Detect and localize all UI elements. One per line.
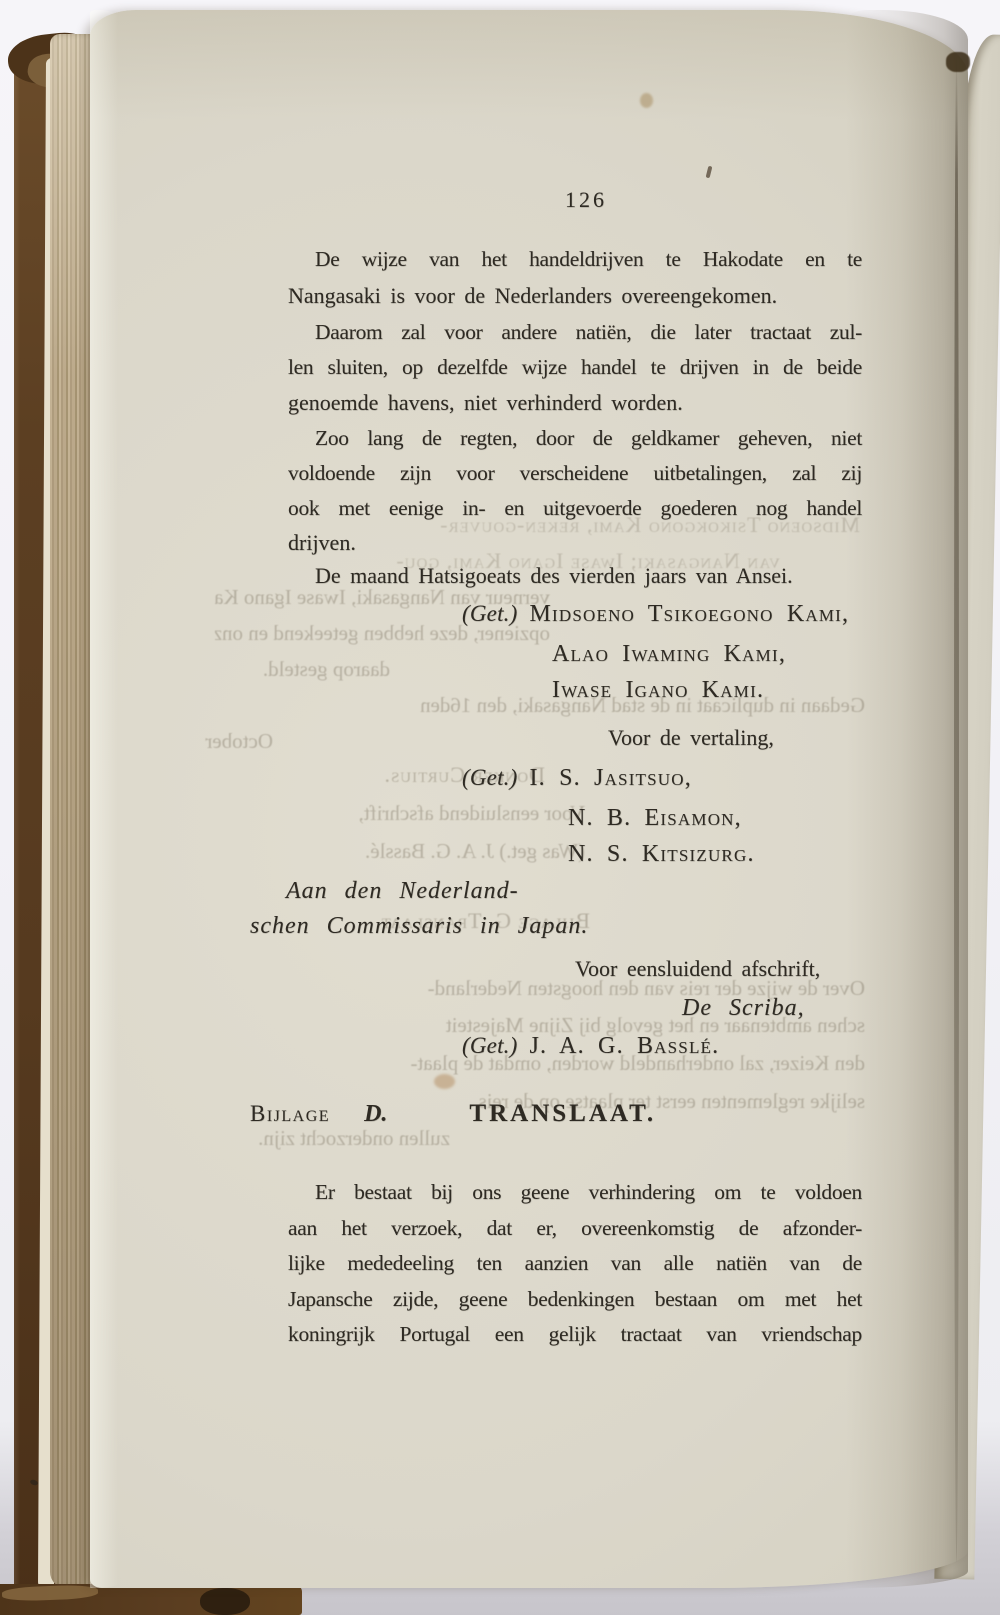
- attachment-letter: D.: [364, 1101, 387, 1127]
- signature-line: Alao Iwaming Kami,: [552, 638, 786, 670]
- body-line: genoemde havens, niet verhinderd worden.: [288, 387, 683, 419]
- signatory-name: Alao Iwaming Kami,: [552, 641, 786, 667]
- signature-line: N. S. Kitsizurg.: [568, 838, 755, 870]
- book-photo: { "document": { "page_number": "126", "l…: [0, 0, 1000, 1615]
- signatory-name: J. A. G. Basslé.: [529, 1033, 719, 1059]
- signatory-name: N. S. Kitsizurg.: [568, 841, 755, 867]
- signature-line: (Get.)I. S. Jasitsuo,: [462, 762, 692, 794]
- signature-line: N. B. Eisamon,: [568, 802, 742, 834]
- signature-line: (Get.)Midsoeno Tsikoegono Kami,: [462, 598, 849, 630]
- translation-title: TRANSLAAT.: [469, 1100, 656, 1127]
- body-line: lijke mededeeling ten aanzien van alle n…: [288, 1247, 862, 1279]
- foxing-stain: [434, 1074, 455, 1089]
- signatory-name: I. S. Jasitsuo,: [529, 765, 691, 791]
- body-line: len sluiten, op dezelfde wijze handel te…: [288, 351, 862, 383]
- signatory-name: Iwase Igano Kami.: [552, 677, 764, 703]
- scribe-title-line: De Scriba,: [682, 992, 805, 1024]
- body-line: ook met eenige in- en uitgevoerde goeder…: [288, 492, 862, 524]
- signatory-name: Midsoeno Tsikoegono Kami,: [529, 601, 849, 627]
- attachment-heading: BijlageD.TRANSLAAT.: [250, 1098, 656, 1133]
- signatory-name: N. B. Eisamon,: [568, 805, 742, 831]
- signature-line: Iwase Igano Kami.: [552, 674, 764, 706]
- body-line: Daarom zal voor andere natiën, die later…: [315, 316, 862, 348]
- addressee-line: Aan den Nederland-: [286, 875, 519, 907]
- body-line: voldoende zijn voor verscheidene uitbeta…: [288, 457, 862, 489]
- body-line: koningrijk Portugal een gelijk tractaat …: [288, 1318, 862, 1350]
- signed-abbreviation: (Get.): [462, 765, 517, 790]
- attachment-label: Bijlage: [250, 1101, 330, 1126]
- body-line: Er bestaat bij ons geene verhindering om…: [315, 1176, 862, 1208]
- body-line: Nangasaki is voor de Nederlanders overee…: [288, 280, 777, 312]
- body-line: Japansche zijde, geene bedenkingen besta…: [288, 1283, 862, 1315]
- body-line: Zoo lang de regten, door de geldkamer ge…: [315, 422, 862, 454]
- page-text: 126 De wijze van het handeldrijven te Ha…: [0, 0, 1000, 1615]
- signed-abbreviation: (Get.): [462, 601, 517, 626]
- page-number: 126: [540, 184, 632, 216]
- body-line: De maand Hatsigoeats des vierden jaars v…: [315, 560, 793, 592]
- body-line: aan het verzoek, dat er, overeenkomstig …: [288, 1212, 862, 1244]
- body-line: drijven.: [288, 527, 356, 559]
- signed-abbreviation: (Get.): [462, 1033, 517, 1058]
- addressee-line: schen Commissaris in Japan.: [250, 910, 588, 942]
- attestation-line: Voor de vertaling,: [608, 722, 774, 754]
- attestation-line: Voor eensluidend afschrift,: [575, 953, 820, 985]
- signature-line: (Get.)J. A. G. Basslé.: [462, 1030, 719, 1062]
- foxing-stain: [640, 93, 653, 108]
- body-line: De wijze van het handeldrijven te Hakoda…: [315, 243, 862, 275]
